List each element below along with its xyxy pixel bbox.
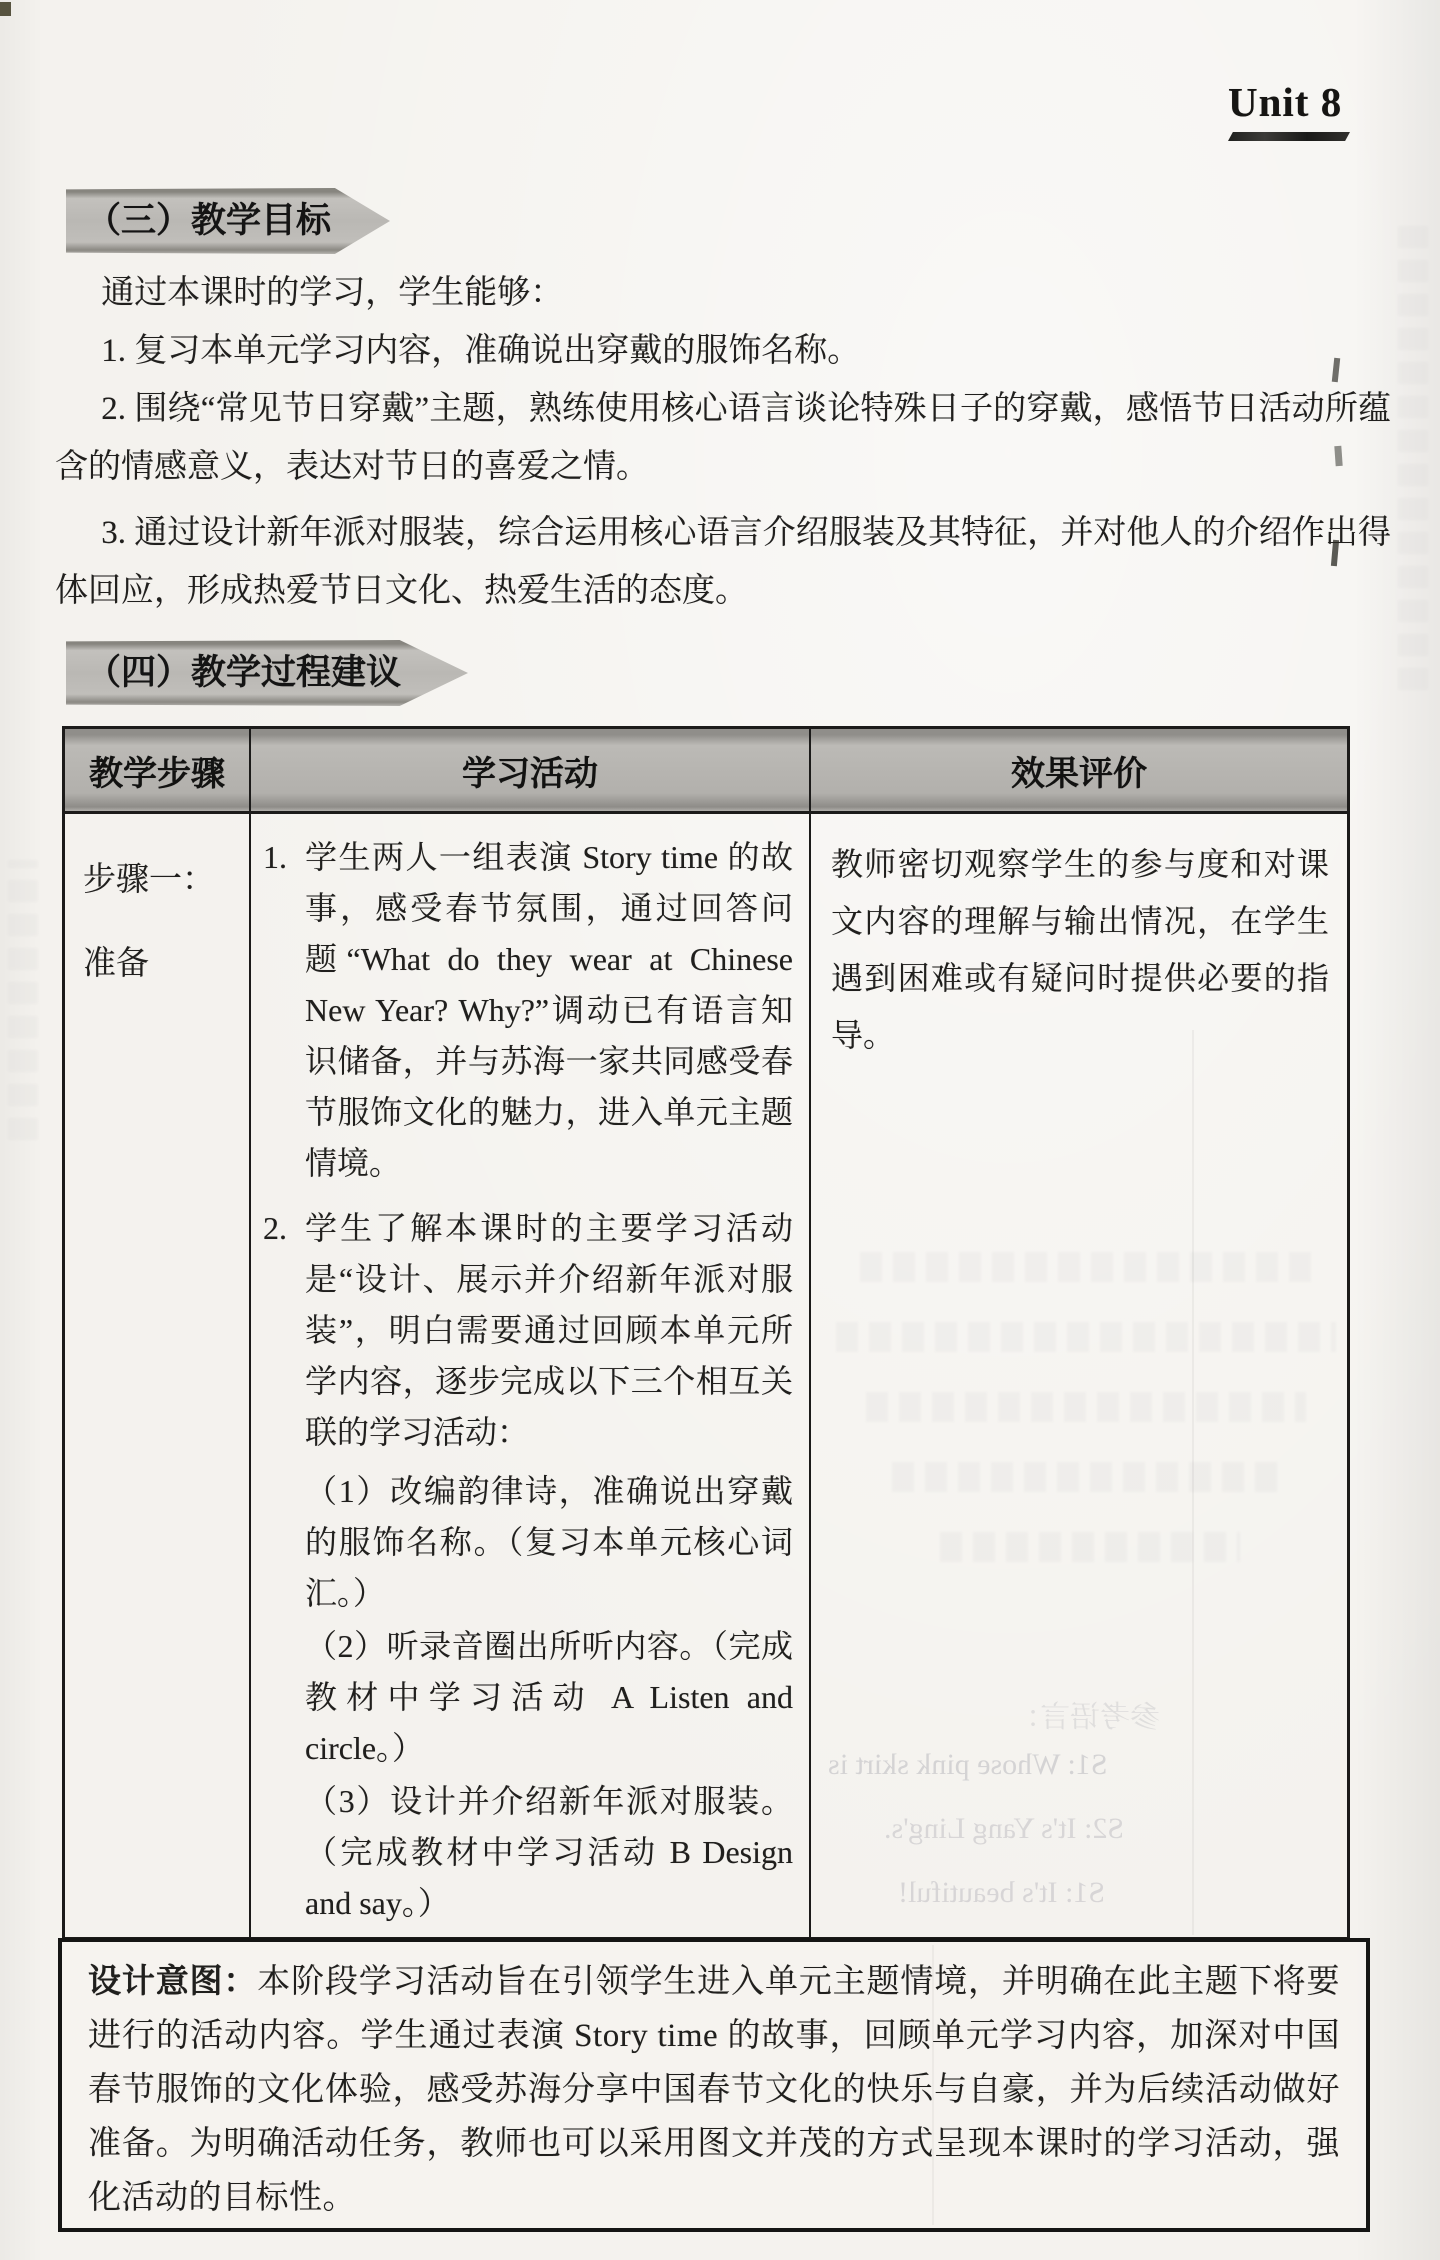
section-banner-objectives: （三）教学目标: [66, 188, 390, 254]
activity-item-2: 2. 学生了解本课时的主要学习活动是“设计、展示并介绍新年派对服装”，明白需要通…: [263, 1203, 793, 1929]
activity-subitem-2: （2）听录音圈出所听内容。（完成教材中学习活动 A Listen and cir…: [305, 1621, 793, 1774]
unit-label: Unit 8: [1228, 78, 1398, 126]
scanned-page: Unit 8 （三）教学目标 通过本课时的学习，学生能够： 1. 复习本单元学习…: [0, 0, 1440, 2260]
bleedthrough-text-line: S1: It's beautiful!: [898, 1876, 1105, 1910]
bleedthrough-text-line: 参考语言：: [1010, 1692, 1160, 1736]
unit-header: Unit 8: [1228, 78, 1398, 141]
bleedthrough-smudge: [866, 1392, 1306, 1422]
objectives-intro: 通过本课时的学习，学生能够：: [55, 264, 1391, 322]
table-cell-activities: 1. 学生两人一组表演 Story time 的故事，感受春节氛围，通过回答问题…: [251, 814, 811, 1937]
table-header-step: 教学步骤: [65, 729, 251, 814]
bleedthrough-smudge: [892, 1462, 1282, 1492]
objectives-section: 通过本课时的学习，学生能够： 1. 复习本单元学习内容，准确说出穿戴的服饰名称。…: [55, 264, 1391, 620]
activity-2-text: 学生了解本课时的主要学习活动是“设计、展示并介绍新年派对服装”，明白需要通过回顾…: [305, 1210, 793, 1450]
activity-2-sublist: （1）改编韵律诗，准确说出穿戴的服饰名称。（复习本单元核心词汇。） （2）听录音…: [305, 1466, 793, 1929]
table-header-activity: 学习活动: [251, 729, 811, 814]
bleedthrough-smudge-vertical: [8, 860, 38, 1140]
table-cell-step: 步骤一： 准备: [65, 814, 251, 1937]
scanner-corner-mark: [0, 2, 11, 16]
step-label-line2: 准备: [83, 922, 239, 1006]
activity-2-body: 学生了解本课时的主要学习活动是“设计、展示并介绍新年派对服装”，明白需要通过回顾…: [305, 1203, 793, 1929]
edge-ink-fragment: [1334, 446, 1342, 466]
step-label-line1: 步骤一：: [83, 838, 239, 922]
bleedthrough-text-line: S2: It's Yang Ling's.: [884, 1812, 1124, 1846]
objective-item-3: 3. 通过设计新年派对服装，综合运用核心语言介绍服装及其特征，并对他人的介绍作出…: [55, 504, 1391, 620]
design-intent-text: 本阶段学习活动旨在引领学生进入单元主题情境，并明确在此主题下将要进行的活动内容。…: [88, 1964, 1340, 2216]
objective-item-1: 1. 复习本单元学习内容，准确说出穿戴的服饰名称。: [55, 322, 1391, 380]
paper-crease: [932, 1945, 934, 2225]
unit-underline: [1228, 132, 1350, 141]
activity-subitem-3: （3）设计并介绍新年派对服装。（完成教材中学习活动 B Design and s…: [305, 1776, 793, 1929]
bleedthrough-smudge: [940, 1532, 1240, 1562]
activity-2-number: 2.: [263, 1203, 305, 1929]
bleedthrough-smudge: [836, 1322, 1336, 1352]
bleedthrough-smudge: [860, 1252, 1320, 1282]
bleedthrough-text-line: S1: Whose pink skirt is: [828, 1748, 1107, 1782]
design-intent-box: 设计意图：本阶段学习活动旨在引领学生进入单元主题情境，并明确在此主题下将要进行的…: [58, 1938, 1370, 2232]
activity-item-1: 1. 学生两人一组表演 Story time 的故事，感受春节氛围，通过回答问题…: [263, 832, 793, 1189]
table-header-evaluation: 效果评价: [811, 729, 1347, 814]
bleedthrough-smudge-vertical: [1398, 220, 1428, 690]
paper-crease: [1192, 1030, 1194, 1935]
section-banner-process: （四）教学过程建议: [66, 640, 468, 706]
activity-1-text: 学生两人一组表演 Story time 的故事，感受春节氛围，通过回答问题“Wh…: [305, 832, 793, 1189]
objective-item-2: 2. 围绕“常见节日穿戴”主题，熟练使用核心语言谈论特殊日子的穿戴，感悟节日活动…: [55, 380, 1391, 496]
activity-1-number: 1.: [263, 832, 305, 1189]
design-intent-label: 设计意图：: [88, 1962, 257, 1999]
activity-subitem-1: （1）改编韵律诗，准确说出穿戴的服饰名称。（复习本单元核心词汇。）: [305, 1466, 793, 1619]
